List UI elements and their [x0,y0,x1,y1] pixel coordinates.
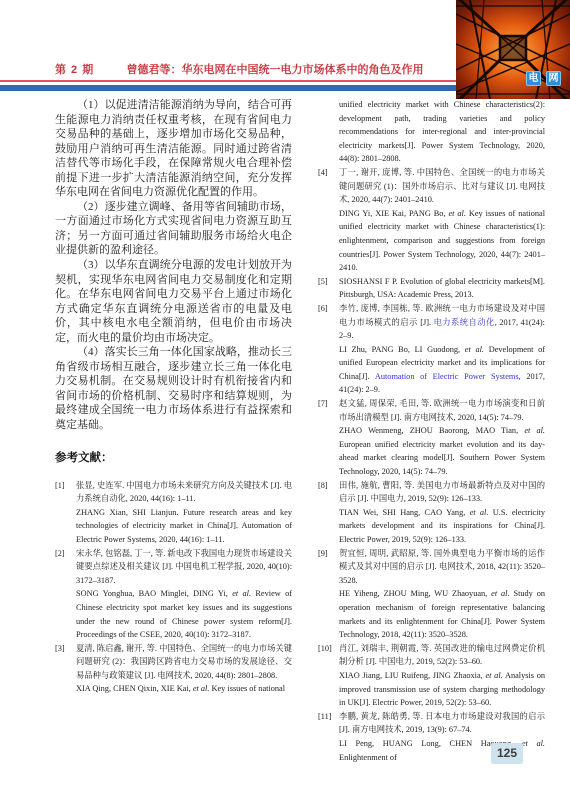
badge-char: 网 [546,71,561,86]
reference-item: [1]张显, 史连军. 中国电力市场未来研究方向及关键技术 [J]. 电力系统自… [55,479,292,547]
journal-link[interactable]: Automation of Electric Power Systems [375,372,519,381]
reference-chinese: 张显, 史连军. 中国电力市场未来研究方向及关键技术 [J]. 电力系统自动化,… [76,479,292,506]
reference-english: TIAN Wei, SHI Hang, CAO Yang, et al. U.S… [339,506,545,547]
reference-item: [8]田伟, 施航, 曹阳, 等. 美国电力市场最新特点及对中国的启示 [J].… [318,479,545,547]
reference-chinese: 丁一, 谢开, 庞博, 等. 中国特色、全国统一的电力市场关键问题研究 (1)：… [339,166,545,207]
reference-item: [5]SIOSHANSI F P. Evolution of global el… [318,275,545,302]
reference-item: [9]贺宜恒, 周明, 武昭原, 等. 国外典型电力平衡市场的运作模式及其对中国… [318,547,545,642]
reference-english: SIOSHANSI F P. Evolution of global elect… [339,275,545,302]
reference-number: [10] [318,642,332,656]
tower-photo: 电网 [456,0,570,99]
page-number: 125 [491,743,523,764]
reference-english: SONG Yonghua, BAO Minglei, DING Yi, et a… [76,587,292,641]
reference-chinese: 李竹, 庞博, 李国栋, 等. 欧洲统一电力市场建设及对中国电力市场模式的启示 … [339,302,545,343]
reference-item: [6]李竹, 庞博, 李国栋, 等. 欧洲统一电力市场建设及对中国电力市场模式的… [318,302,545,397]
journal-link[interactable]: 电力系统自动化 [434,318,495,327]
body-columns: （1）以促进清洁能源消纳为导向，结合可再生能源电力消纳责任权重考核，在现有省间电… [55,98,545,764]
conclusion-paragraphs: （1）以促进清洁能源消纳为导向，结合可再生能源电力消纳责任权重考核，在现有省间电… [55,98,292,433]
reference-english: HE Yiheng, ZHOU Ming, WU Zhaoyuan, et al… [339,587,545,641]
right-column: unified electricity market with Chinese … [318,98,545,764]
reference-chinese: 肖江, 刘瑞丰, 荆朝霞, 等. 英国改进的输电过网费定价机制分析 [J]. 中… [339,642,545,669]
reference-number: [4] [318,166,328,180]
reference-number: [11] [318,710,332,724]
grid-badge: 电网 [526,71,561,86]
reference-item: [7]赵文猛, 周保荣, 毛田, 等. 欧洲统一电力市场演变和日前市场出清模型 … [318,397,545,479]
body-paragraph: （4）落实长三角一体化国家战略，推动长三角省级市场相互融合，逐步建立长三角一体化… [55,345,292,432]
reference-english: LI Zhu, PANG Bo, LI Guodong, et al. Deve… [339,343,545,397]
references-right: [4]丁一, 谢开, 庞博, 等. 中国特色、全国统一的电力市场关键问题研究 (… [318,166,545,764]
reference-number: [1] [55,479,65,493]
reference-number: [5] [318,275,328,289]
reference-number: [7] [318,397,328,411]
reference-number: [8] [318,479,328,493]
reference-continuation: unified electricity market with Chinese … [318,98,545,166]
reference-item: [4]丁一, 谢开, 庞博, 等. 中国特色、全国统一的电力市场关键问题研究 (… [318,166,545,275]
references-heading: 参考文献： [55,449,292,465]
left-column: （1）以促进清洁能源消纳为导向，结合可再生能源电力消纳责任权重考核，在现有省间电… [55,98,292,764]
references-left: [1]张显, 史连军. 中国电力市场未来研究方向及关键技术 [J]. 电力系统自… [55,479,292,697]
reference-chinese: 赵文猛, 周保荣, 毛田, 等. 欧洲统一电力市场演变和日前市场出清模型 [J]… [339,397,545,424]
body-paragraph: （2）逐步建立调峰、备用等省间辅助市场，一方面通过市场化方式实现省间电力资源互助… [55,200,292,258]
reference-english: ZHANG Xian, SHI Lianjun. Future research… [76,506,292,547]
reference-chinese: 贺宜恒, 周明, 武昭原, 等. 国外典型电力平衡市场的运作模式及其对中国的启示… [339,547,545,588]
reference-english: XIA Qing, CHEN Qixin, XIE Kai, et al. Ke… [76,682,292,696]
reference-item: [10]肖江, 刘瑞丰, 荆朝霞, 等. 英国改进的输电过网费定价机制分析 [J… [318,642,545,710]
reference-english: XIAO Jiang, LIU Ruifeng, JING Zhaoxia, e… [339,669,545,710]
reference-chinese: 田伟, 施航, 曹阳, 等. 美国电力市场最新特点及对中国的启示 [J]. 中国… [339,479,545,506]
body-paragraph: （1）以促进清洁能源消纳为导向，结合可再生能源电力消纳责任权重考核，在现有省间电… [55,98,292,200]
reference-english: ZHAO Wenmeng, ZHOU Baorong, MAO Tian, et… [339,424,545,478]
body-paragraph: （3）以华东直调统分电源的发电计划放开为契机，实现华东电网省间电力交易制度化和定… [55,258,292,345]
reference-item: [3]夏清, 陈启鑫, 谢开, 等. 中国特色、全国统一的电力市场关键问题研究 … [55,642,292,696]
reference-chinese: 宋永华, 包铭磊, 丁一, 等. 新电改下我国电力现货市场建设关键要点综述及相关… [76,547,292,588]
page-title: 曾德君等：华东电网在中国统一电力市场体系中的角色及作用 [110,61,440,77]
reference-item: [2]宋永华, 包铭磊, 丁一, 等. 新电改下我国电力现货市场建设关键要点综述… [55,547,292,642]
reference-number: [2] [55,547,65,561]
reference-number: [6] [318,302,328,316]
issue-label: 第 2 期 [55,61,94,77]
reference-chinese: 夏清, 陈启鑫, 谢开, 等. 中国特色、全国统一的电力市场关键问题研究 (2)… [76,642,292,683]
reference-chinese: 李鹏, 黄龙, 陈皓勇, 等. 日本电力市场建设对我国的启示 [J]. 南方电网… [339,710,545,737]
journal-page: 第 2 期 曾德君等：华东电网在中国统一电力市场体系中的角色及作用 [0,0,570,800]
reference-number: [9] [318,547,328,561]
reference-english: DING Yi, XIE Kai, PANG Bo, et al. Key is… [339,207,545,275]
reference-number: [3] [55,642,65,656]
badge-char: 电 [526,71,541,86]
